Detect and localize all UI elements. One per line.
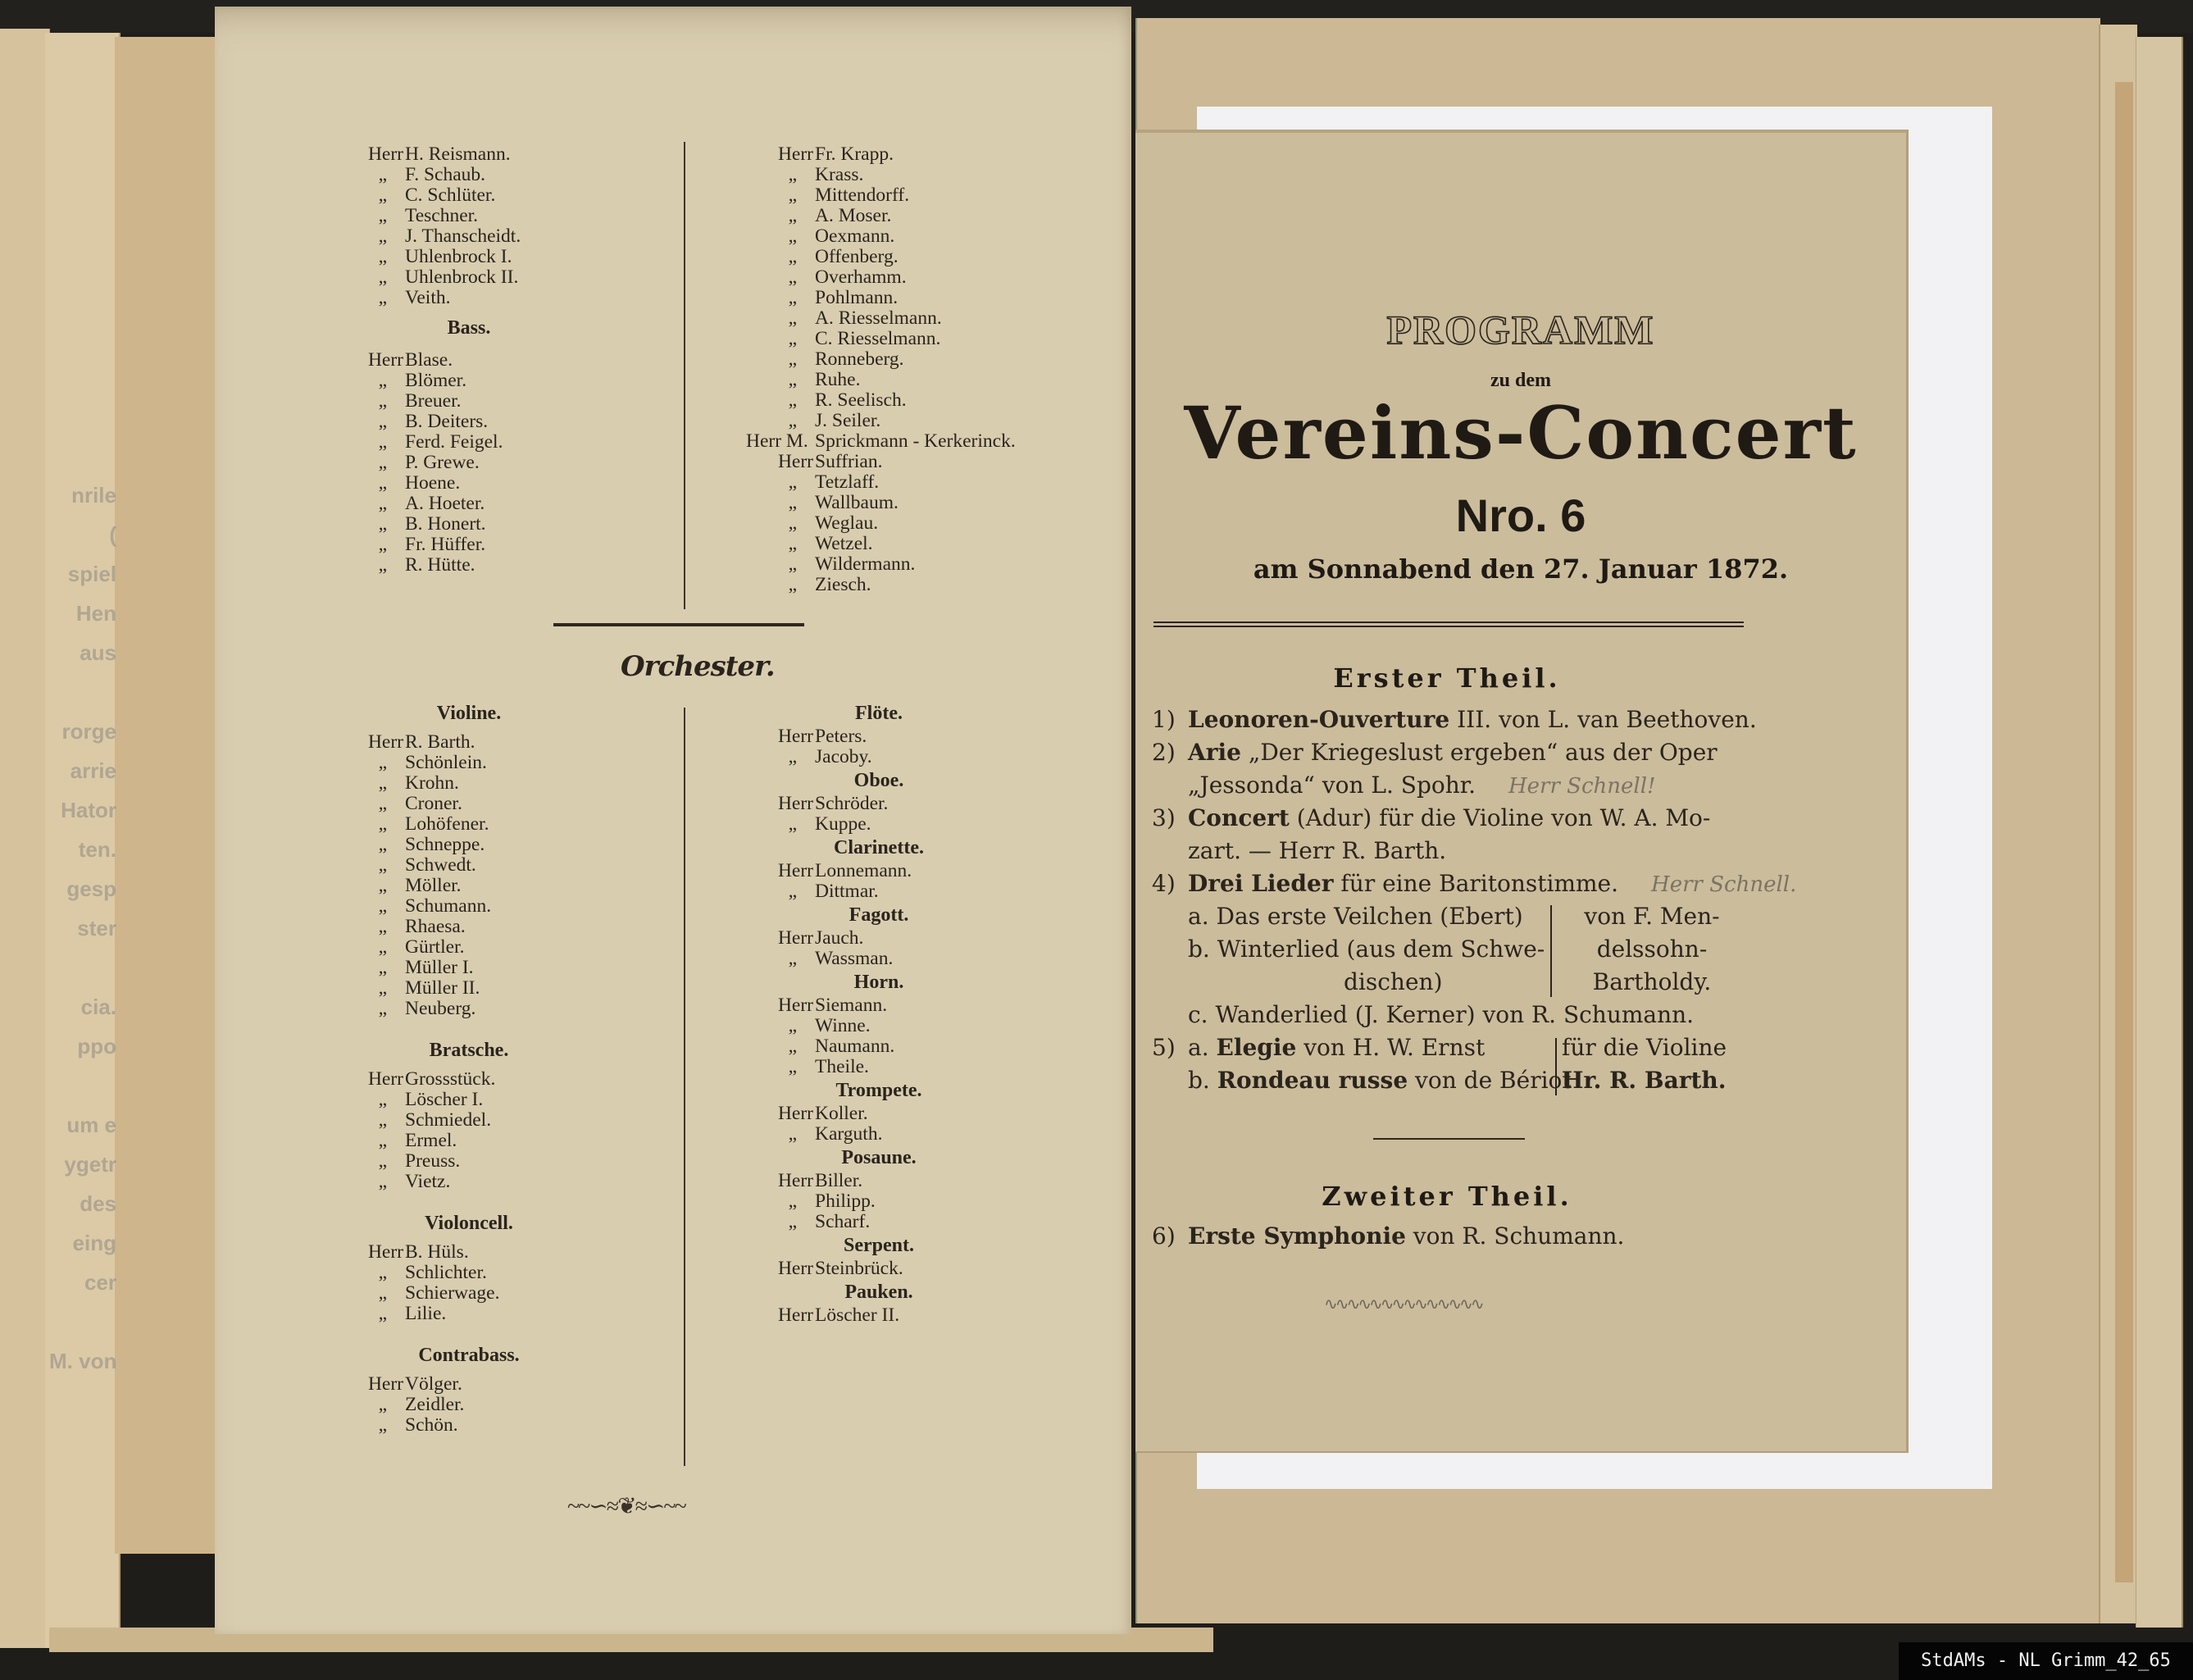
member-name: Sprickmann - Kerkerinck. — [815, 431, 1016, 452]
member-name: Veith. — [405, 288, 450, 308]
member-entry: HerrVölger. — [346, 1374, 674, 1395]
faded-line: Hen — [49, 602, 116, 641]
instrument-heading: Flöte. — [789, 703, 969, 724]
instrument-heading: Bratsche. — [379, 1040, 559, 1061]
member-name: Lohöfener. — [405, 814, 489, 835]
item-detail: „Der Kriegeslust ergeben“ aus der Oper — [1241, 739, 1718, 766]
member-name: Zeidler. — [405, 1395, 464, 1415]
member-entry: HerrB. Hüls. — [346, 1242, 674, 1263]
honorific: „ — [346, 412, 387, 432]
double-rule — [1153, 621, 1744, 630]
member-entry: „Mittendorff. — [756, 185, 1149, 206]
member-name: Wetzel. — [815, 534, 873, 554]
honorific: „ — [346, 1110, 387, 1131]
item-title: Drei Lieder — [1188, 870, 1334, 897]
concert-program-sheet: PROGRAMM zu dem Vereins-Concert Nro. 6 a… — [1135, 130, 1909, 1453]
instrument-heading: Posaune. — [789, 1148, 969, 1168]
member-entry: „Schlichter. — [346, 1263, 674, 1283]
program-item: 4)Drei Lieder für eine Baritonstimme.Her… — [1152, 867, 1742, 900]
member-name: Jacoby. — [815, 747, 872, 767]
member-name: Rhaesa. — [405, 917, 466, 937]
faded-line — [49, 1310, 116, 1350]
member-entry: „Gürtler. — [346, 937, 674, 958]
member-entry: „Zeidler. — [346, 1395, 674, 1415]
member-name: Krass. — [815, 165, 863, 185]
faded-line: cia. — [49, 995, 116, 1035]
member-entry: HerrBlase. — [346, 350, 674, 371]
faded-line: ygetr — [49, 1153, 116, 1192]
member-name: A. Moser. — [815, 206, 891, 226]
member-entry: „C. Riesselmann. — [756, 329, 1149, 349]
handwritten-note: Herr Schnell! — [1508, 774, 1656, 799]
member-name: Lilie. — [405, 1304, 446, 1324]
item-title: Arie — [1188, 739, 1241, 766]
item-detail: (Adur) für die Violine von W. A. Mo- — [1290, 804, 1711, 831]
member-name: Völger. — [405, 1374, 462, 1395]
faded-line: ( — [49, 523, 116, 562]
item-5-performer: für die Violine Hr. R. Barth. — [1562, 1031, 1758, 1097]
honorific: „ — [756, 349, 797, 370]
member-entry: „Krass. — [756, 165, 1149, 185]
member-name: R. Barth. — [405, 732, 475, 753]
faded-line: rorge — [49, 720, 116, 759]
item-number: 3) — [1152, 802, 1176, 835]
member-entry: HerrBiller. — [756, 1171, 1051, 1191]
program-item: zart. — Herr R. Barth. — [1152, 835, 1742, 867]
honorific: „ — [756, 411, 797, 431]
member-name: Karguth. — [815, 1124, 882, 1145]
left-page-members-list: HerrH. Reismann.„F. Schaub.„C. Schlüter.… — [215, 7, 1131, 1634]
member-name: Theile. — [815, 1057, 869, 1077]
honorific: „ — [346, 835, 387, 855]
member-name: Schneppe. — [405, 835, 485, 855]
honorific: „ — [756, 390, 797, 411]
honorific: „ — [346, 917, 387, 937]
member-name: Preuss. — [405, 1151, 460, 1172]
member-entry: „F. Schaub. — [346, 165, 674, 185]
honorific: „ — [346, 473, 387, 494]
member-entry: HerrLonnemann. — [756, 861, 1051, 881]
item-text: Leonoren-Ouverture III. von L. van Beeth… — [1188, 703, 1757, 736]
choir-column-left: HerrH. Reismann.„F. Schaub.„C. Schlüter.… — [346, 144, 674, 576]
member-name: Lonnemann. — [815, 861, 912, 881]
member-name: R. Seelisch. — [815, 390, 907, 411]
member-name: Wildermann. — [815, 554, 915, 575]
brace — [1550, 905, 1552, 997]
member-name: J. Seiler. — [815, 411, 880, 431]
back-page-edge — [115, 37, 222, 1554]
faded-line — [49, 1074, 116, 1113]
member-name: Müller II. — [405, 978, 480, 999]
member-name: Mittendorff. — [815, 185, 909, 206]
faded-line: aus — [49, 641, 116, 681]
honorific: „ — [346, 1131, 387, 1151]
instrument-heading: Violoncell. — [379, 1213, 559, 1234]
program-subtitle: zu dem — [1135, 370, 1906, 392]
honorific: „ — [756, 267, 797, 288]
honorific: „ — [346, 247, 387, 267]
member-name: Steinbrück. — [815, 1259, 903, 1279]
member-name: Oexmann. — [815, 226, 894, 247]
member-entry: „Ferd. Feigel. — [346, 432, 674, 453]
item-text: Drei Lieder für eine Baritonstimme.Herr … — [1188, 867, 1796, 901]
member-name: B. Honert. — [405, 514, 486, 535]
item-text: zart. — Herr R. Barth. — [1188, 835, 1446, 867]
member-entry: „Croner. — [346, 794, 674, 814]
honorific: „ — [346, 999, 387, 1019]
faded-line: M. von — [49, 1350, 116, 1389]
member-entry: HerrLöscher II. — [756, 1305, 1051, 1326]
honorific: Herr — [756, 1305, 813, 1326]
honorific: „ — [346, 855, 387, 876]
member-name: Wassman. — [815, 949, 893, 969]
member-entry: „Schön. — [346, 1415, 674, 1436]
member-name: Croner. — [405, 794, 462, 814]
member-name: Löscher I. — [405, 1090, 483, 1110]
member-entry: „R. Hütte. — [346, 555, 674, 576]
member-entry: „Uhlenbrock I. — [346, 247, 674, 267]
member-name: B. Hüls. — [405, 1242, 469, 1263]
member-name: Vietz. — [405, 1172, 450, 1192]
member-entry: „Löscher I. — [346, 1090, 674, 1110]
member-name: Ziesch. — [815, 575, 871, 595]
orchestra-column-right: Flöte.HerrPeters.„Jacoby.Oboe.HerrSchröd… — [756, 703, 1051, 1329]
member-entry: „Lilie. — [346, 1304, 674, 1324]
faded-line: spiel — [49, 562, 116, 602]
member-entry: „Veith. — [346, 288, 674, 308]
instrument-heading: Violine. — [379, 703, 559, 724]
honorific: „ — [756, 288, 797, 308]
program-item: 2)Arie „Der Kriegeslust ergeben“ aus der… — [1152, 736, 1742, 769]
member-entry: „Ronneberg. — [756, 349, 1149, 370]
member-entry: „Schierwage. — [346, 1283, 674, 1304]
section-rule — [553, 623, 804, 626]
faded-line: des — [49, 1192, 116, 1232]
member-entry: „Hoene. — [346, 473, 674, 494]
member-entry: „Scharf. — [756, 1212, 1051, 1232]
member-name: J. Thanscheidt. — [405, 226, 521, 247]
honorific: „ — [346, 794, 387, 814]
item-title: Leonoren-Ouverture — [1188, 706, 1449, 733]
member-name: Naumann. — [815, 1036, 894, 1057]
member-entry: „Ruhe. — [756, 370, 1149, 390]
member-entry: „Müller II. — [346, 978, 674, 999]
member-name: Schierwage. — [405, 1283, 500, 1304]
member-entry: „Karguth. — [756, 1124, 1051, 1145]
member-entry: „Möller. — [346, 876, 674, 896]
member-name: Winne. — [815, 1016, 871, 1036]
honorific: „ — [756, 1016, 797, 1036]
honorific: „ — [346, 453, 387, 473]
honorific: „ — [756, 472, 797, 493]
honorific: Herr — [756, 1259, 813, 1279]
member-entry: HerrSuffrian. — [756, 452, 1149, 472]
item-number: 4) — [1152, 867, 1176, 900]
column-divider — [684, 142, 685, 609]
concert-number: Nro. 6 — [1135, 489, 1906, 542]
honorific: „ — [346, 814, 387, 835]
archive-label: StdAMs - NL Grimm_42_65 — [1899, 1642, 2193, 1680]
honorific: Herr — [756, 452, 813, 472]
member-entry: HerrR. Barth. — [346, 732, 674, 753]
item-detail: III. von L. van Beethoven. — [1449, 706, 1757, 733]
handwritten-note: Herr Schnell. — [1651, 872, 1796, 897]
member-name: Blömer. — [405, 371, 466, 391]
part2-items: 6)Erste Symphonie von R. Schumann. — [1152, 1220, 1742, 1253]
member-entry: „Uhlenbrock II. — [346, 267, 674, 288]
member-entry: „Wassman. — [756, 949, 1051, 969]
label-b: b. — [1188, 1067, 1217, 1094]
member-name: Grossstück. — [405, 1069, 495, 1090]
item-text: Arie „Der Kriegeslust ergeben“ aus der O… — [1188, 736, 1718, 769]
honorific: „ — [756, 226, 797, 247]
honorific: „ — [756, 814, 797, 835]
member-name: Weglau. — [815, 513, 878, 534]
honorific: „ — [346, 876, 387, 896]
member-name: Ermel. — [405, 1131, 457, 1151]
item-text: „Jessonda“ von L. Spohr.Herr Schnell! — [1188, 769, 1656, 803]
member-name: C. Schlüter. — [405, 185, 495, 206]
item-text: Erste Symphonie von R. Schumann. — [1188, 1220, 1624, 1253]
honorific: Herr — [346, 1069, 403, 1090]
honorific: „ — [346, 1283, 387, 1304]
instrument-heading: Oboe. — [789, 771, 969, 791]
item-detail: von R. Schumann. — [1406, 1222, 1625, 1250]
member-entry: „A. Hoeter. — [346, 494, 674, 514]
brace — [1555, 1038, 1557, 1095]
member-name: Breuer. — [405, 391, 462, 412]
honorific: „ — [346, 937, 387, 958]
honorific: Herr — [346, 732, 403, 753]
member-entry: „Vietz. — [346, 1172, 674, 1192]
member-name: Löscher II. — [815, 1305, 899, 1326]
honorific: „ — [756, 534, 797, 554]
member-entry: HerrKoller. — [756, 1104, 1051, 1124]
faded-line: ster — [49, 917, 116, 956]
member-entry: HerrFr. Krapp. — [756, 144, 1149, 165]
member-entry: „C. Schlüter. — [346, 185, 674, 206]
honorific: „ — [346, 185, 387, 206]
member-name: Schröder. — [815, 794, 888, 814]
lieder-composer: von F. Men- delssohn- Bartholdy. — [1570, 900, 1734, 999]
member-entry: „Blömer. — [346, 371, 674, 391]
member-name: Müller I. — [405, 958, 474, 978]
member-entry: „Breuer. — [346, 391, 674, 412]
member-name: Schön. — [405, 1415, 458, 1436]
honorific: „ — [756, 185, 797, 206]
member-entry: „Schumann. — [346, 896, 674, 917]
honorific: „ — [346, 753, 387, 773]
honorific: Herr — [756, 861, 813, 881]
item-detail: zart. — Herr R. Barth. — [1188, 837, 1446, 864]
honorific: Herr — [756, 928, 813, 949]
member-name: Ruhe. — [815, 370, 860, 390]
member-entry: „A. Moser. — [756, 206, 1149, 226]
member-name: C. Riesselmann. — [815, 329, 940, 349]
honorific: „ — [346, 1090, 387, 1110]
part1-items: 1)Leonoren-Ouverture III. von L. van Bee… — [1152, 703, 1742, 900]
member-name: Philipp. — [815, 1191, 876, 1212]
faded-line: nrile — [49, 484, 116, 523]
member-name: F. Schaub. — [405, 165, 485, 185]
honorific: „ — [756, 329, 797, 349]
member-name: P. Grewe. — [405, 453, 480, 473]
member-name: Schlichter. — [405, 1263, 487, 1283]
member-entry: HerrSchröder. — [756, 794, 1051, 814]
member-entry: „Tetzlaff. — [756, 472, 1149, 493]
honorific: Herr — [756, 726, 813, 747]
member-entry: „J. Thanscheidt. — [346, 226, 674, 247]
item-detail: für eine Baritonstimme. — [1334, 870, 1619, 897]
concert-date: am Sonnabend den 27. Januar 1872. — [1135, 553, 1906, 585]
member-name: Krohn. — [405, 773, 459, 794]
honorific: „ — [756, 881, 797, 902]
instrument-heading: Fagott. — [789, 905, 969, 926]
member-entry: „Teschner. — [346, 206, 674, 226]
member-entry: „Dittmar. — [756, 881, 1051, 902]
program-title: PROGRAMM — [1135, 306, 1906, 353]
instrument-heading: Clarinette. — [789, 838, 969, 858]
faded-line: um e — [49, 1113, 116, 1153]
member-entry: „Schwedt. — [346, 855, 674, 876]
member-entry: „Winne. — [756, 1016, 1051, 1036]
program-item: „Jessonda“ von L. Spohr.Herr Schnell! — [1152, 769, 1742, 802]
member-entry: „Ermel. — [346, 1131, 674, 1151]
member-entry: „Naumann. — [756, 1036, 1051, 1057]
part1-heading: Erster Theil. — [1135, 662, 1758, 694]
member-name: Siemann. — [815, 995, 887, 1016]
honorific: „ — [346, 1395, 387, 1415]
orchestra-column-left: Violine.HerrR. Barth.„Schönlein.„Krohn.„… — [346, 703, 674, 1457]
orchestra-title: Orchester. — [621, 650, 775, 683]
member-entry: „Offenberg. — [756, 247, 1149, 267]
program-item: 6)Erste Symphonie von R. Schumann. — [1152, 1220, 1742, 1253]
member-name: Ronneberg. — [815, 349, 904, 370]
honorific: Herr — [346, 144, 403, 165]
member-entry: „Schneppe. — [346, 835, 674, 855]
part2-heading: Zweiter Theil. — [1135, 1181, 1758, 1212]
honorific: „ — [346, 226, 387, 247]
member-entry: „Weglau. — [756, 513, 1149, 534]
honorific: „ — [346, 494, 387, 514]
member-name: Blase. — [405, 350, 453, 371]
faded-line: ppo — [49, 1035, 116, 1074]
honorific: „ — [346, 1172, 387, 1192]
honorific: Herr — [756, 1171, 813, 1191]
member-entry: „Oexmann. — [756, 226, 1149, 247]
member-name: Schmiedel. — [405, 1110, 491, 1131]
honorific: „ — [346, 165, 387, 185]
honorific: „ — [346, 773, 387, 794]
honorific: „ — [346, 267, 387, 288]
item-number: 6) — [1152, 1220, 1176, 1253]
member-entry: „J. Seiler. — [756, 411, 1149, 431]
member-entry: HerrSiemann. — [756, 995, 1051, 1016]
honorific: „ — [756, 1124, 797, 1145]
member-name: Uhlenbrock I. — [405, 247, 512, 267]
member-name: Suffrian. — [815, 452, 882, 472]
member-name: A. Riesselmann. — [815, 308, 942, 329]
honorific: Herr — [756, 794, 813, 814]
honorific: Herr — [346, 350, 403, 371]
member-entry: HerrJauch. — [756, 928, 1051, 949]
member-entry: HerrGrossstück. — [346, 1069, 674, 1090]
honorific: „ — [346, 1151, 387, 1172]
honorific: „ — [756, 1191, 797, 1212]
member-entry: „P. Grewe. — [346, 453, 674, 473]
member-entry: „Fr. Hüffer. — [346, 535, 674, 555]
honorific: „ — [346, 1304, 387, 1324]
member-name: R. Hütte. — [405, 555, 475, 576]
honorific: „ — [756, 1212, 797, 1232]
honorific: „ — [346, 978, 387, 999]
honorific: „ — [346, 206, 387, 226]
honorific: „ — [346, 896, 387, 917]
honorific: „ — [756, 575, 797, 595]
member-entry: Herr M.Sprickmann - Kerkerinck. — [756, 431, 1149, 452]
member-name: Scharf. — [815, 1212, 870, 1232]
member-name: Pohlmann. — [815, 288, 898, 308]
honorific: „ — [756, 493, 797, 513]
member-entry: „Neuberg. — [346, 999, 674, 1019]
member-entry: HerrSteinbrück. — [756, 1259, 1051, 1279]
honorific: Herr — [346, 1374, 403, 1395]
member-name: Tetzlaff. — [815, 472, 879, 493]
honorific: „ — [756, 949, 797, 969]
member-name: Hoene. — [405, 473, 460, 494]
honorific: „ — [756, 1036, 797, 1057]
member-name: Ferd. Feigel. — [405, 432, 503, 453]
end-ornament: ∿∿∿∿∿∿∿∿∿∿∿∿∿∿ — [1324, 1294, 1482, 1314]
honorific: „ — [346, 1263, 387, 1283]
member-entry: „Preuss. — [346, 1151, 674, 1172]
honorific: „ — [346, 288, 387, 308]
member-entry: „Wallbaum. — [756, 493, 1149, 513]
faded-line: ten. — [49, 838, 116, 877]
item-text: Concert (Adur) für die Violine von W. A.… — [1188, 802, 1710, 835]
member-name: Schumann. — [405, 896, 491, 917]
item-number: 2) — [1152, 736, 1176, 769]
honorific: „ — [756, 247, 797, 267]
honorific: Herr — [756, 144, 813, 165]
item-number: 1) — [1152, 703, 1176, 736]
label-a: a. — [1188, 1034, 1217, 1061]
honorific: „ — [756, 206, 797, 226]
lied-c: c. Wanderlied (J. Kerner) von R. Schuman… — [1188, 999, 1762, 1031]
member-name: Dittmar. — [815, 881, 879, 902]
item-title: Concert — [1188, 804, 1290, 831]
member-entry: „Overhamm. — [756, 267, 1149, 288]
member-entry: „Kuppe. — [756, 814, 1051, 835]
honorific: „ — [346, 514, 387, 535]
member-entry: „Rhaesa. — [346, 917, 674, 937]
member-entry: „Wetzel. — [756, 534, 1149, 554]
honorific: „ — [346, 535, 387, 555]
member-entry: „Schmiedel. — [346, 1110, 674, 1131]
member-entry: „B. Deiters. — [346, 412, 674, 432]
honorific: „ — [346, 391, 387, 412]
honorific: „ — [756, 165, 797, 185]
honorific: Herr — [346, 1242, 403, 1263]
faded-line — [49, 956, 116, 995]
member-name: Möller. — [405, 876, 462, 896]
program-item: 3)Concert (Adur) für die Violine von W. … — [1152, 802, 1742, 835]
program-item: 1)Leonoren-Ouverture III. von L. van Bee… — [1152, 703, 1742, 736]
member-name: Fr. Krapp. — [815, 144, 894, 165]
event-title: Vereins-Concert — [1135, 390, 1906, 476]
honorific: „ — [346, 371, 387, 391]
member-entry: „Ziesch. — [756, 575, 1149, 595]
